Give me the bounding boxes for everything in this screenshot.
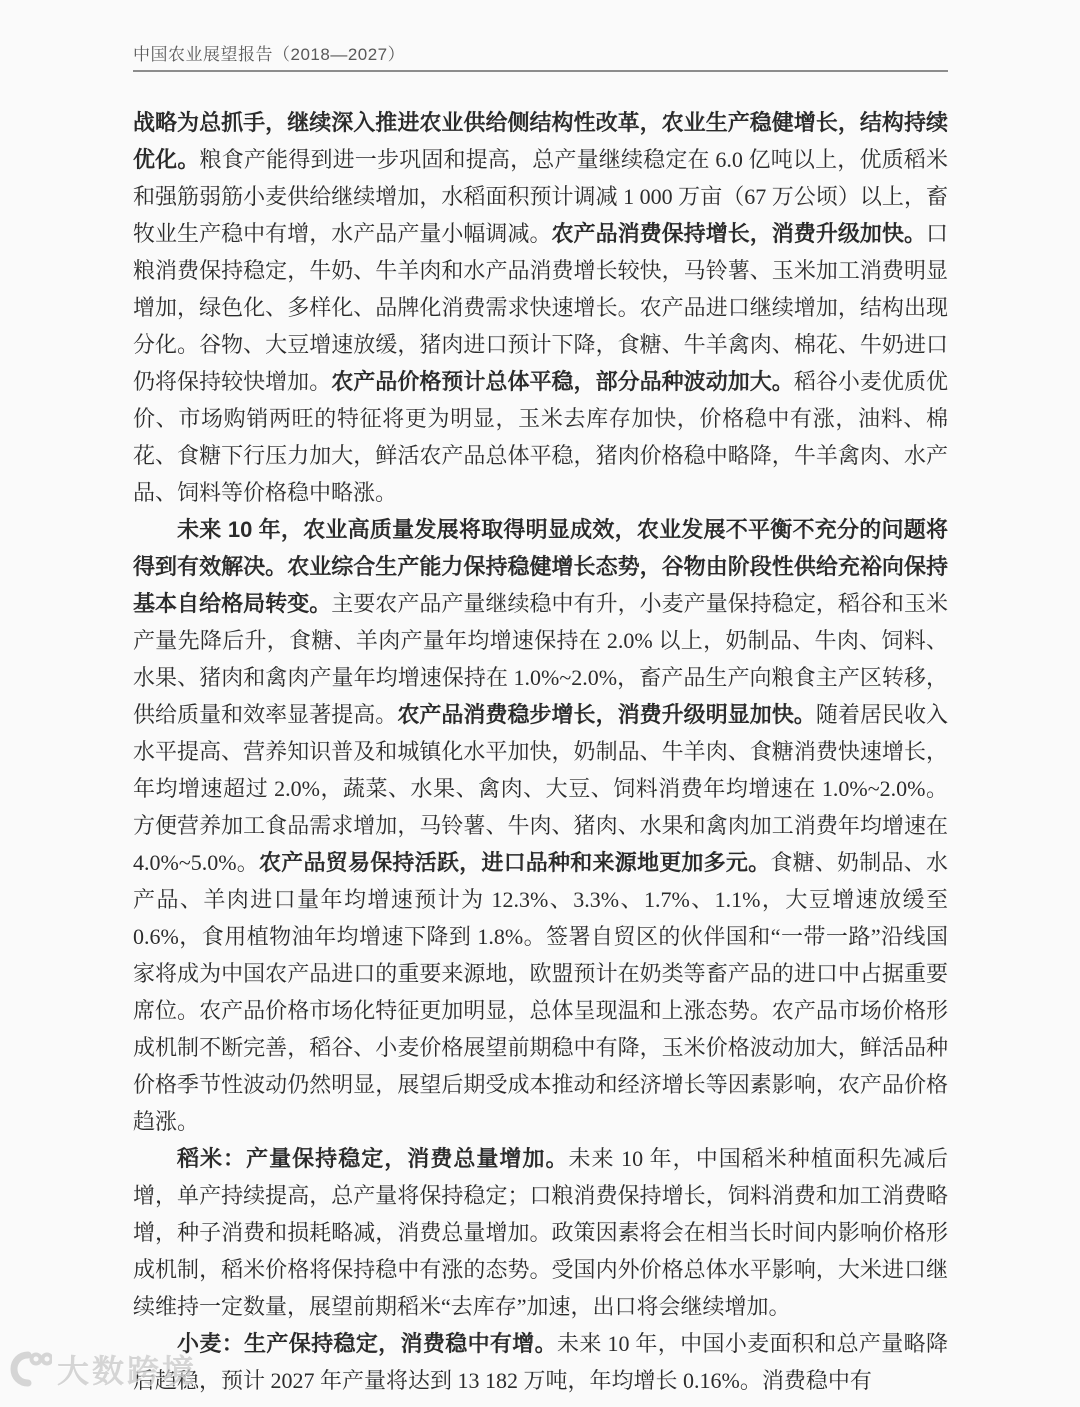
document-page: 中国农业展望报告（2018—2027） 战略为总抓手，继续深入推进农业供给侧结构… xyxy=(0,0,1080,1407)
clock-logo-icon xyxy=(8,1347,52,1392)
header-rule xyxy=(133,70,948,72)
emphasis-text: 农产品价格预计总体平稳，部分品种波动加大。 xyxy=(331,369,794,394)
paragraph-2: 未来 10 年，农业高质量发展将取得明显成效，农业发展不平衡不充分的问题将得到有… xyxy=(133,511,948,1140)
document-body: 战略为总抓手，继续深入推进农业供给侧结构性改革，农业生产稳健增长，结构持续优化。… xyxy=(133,104,948,1399)
running-header-title: 中国农业展望报告（2018—2027） xyxy=(133,40,405,65)
paragraph-3: 稻米：产量保持稳定，消费总量增加。未来 10 年，中国稻米种植面积先减后增，单产… xyxy=(133,1140,948,1325)
paragraph-4: 小麦：生产保持稳定，消费稳中有增。未来 10 年，中国小麦面积和总产量略降后趋稳… xyxy=(133,1325,948,1399)
emphasis-text: 农产品消费保持增长，消费升级加快。 xyxy=(552,221,926,246)
emphasis-text: 农产品贸易保持活跃，进口品种和来源地更加多元。 xyxy=(259,850,770,875)
body-run: 食糖、奶制品、水产品、羊肉进口量年均增速预计为 12.3%、3.3%、1.7%、… xyxy=(133,850,948,1134)
emphasis-text: 稻米：产量保持稳定，消费总量增加。 xyxy=(177,1146,569,1171)
paragraph-1: 战略为总抓手，继续深入推进农业供给侧结构性改革，农业生产稳健增长，结构持续优化。… xyxy=(133,104,948,511)
emphasis-text: 农产品消费稳步增长，消费升级明显加快。 xyxy=(397,702,816,727)
emphasis-text: 小麦：生产保持稳定，消费稳中有增。 xyxy=(177,1331,557,1356)
body-run: 未来 10 年，中国稻米种植面积先减后增，单产持续提高，总产量将保持稳定；口粮消… xyxy=(133,1146,948,1319)
